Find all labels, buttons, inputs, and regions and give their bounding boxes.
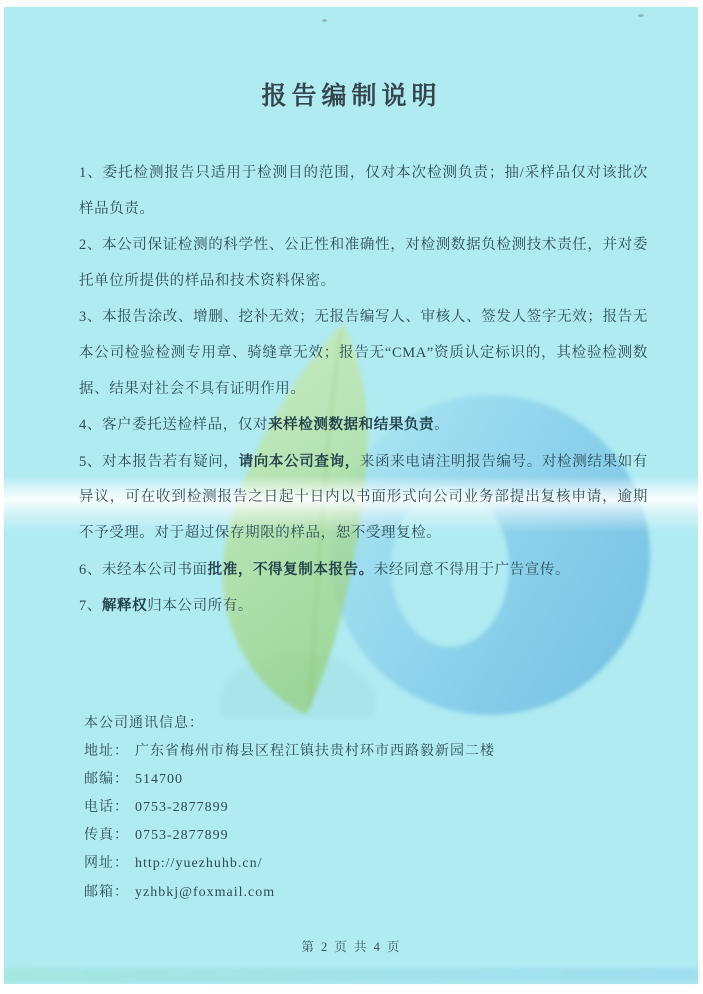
note-text: 2、本公司保证检测的科学性、公正性和准确性，对检测数据负检测技术责任，并对委托单… <box>79 237 648 289</box>
page-number: 第 2 页 共 4 页 <box>0 937 703 955</box>
note-item-1: 1、委托检测报告只适用于检测目的范围，仅对本次检测负责；抽/采样品仅对该批次样品… <box>79 156 648 227</box>
note-text: 7、 <box>79 598 102 614</box>
note-item-5: 5、对本报告若有疑问，请向本公司查询，来函来电请注明报告编号。对检测结果如有异议… <box>79 445 648 552</box>
contact-value: 514700 <box>135 772 183 787</box>
contact-value: 0753-2877899 <box>135 800 229 815</box>
note-item-4: 4、客户委托送检样品，仅对来样检测数据和结果负责。 <box>79 408 648 444</box>
contact-row-phone: 电话：0753-2877899 <box>84 794 495 822</box>
note-text: 5、对本报告若有疑问， <box>79 454 239 470</box>
contact-row-postcode: 邮编：514700 <box>84 766 495 794</box>
contact-label: 网址： <box>84 856 129 871</box>
contact-label: 电话： <box>84 800 129 815</box>
page-title: 报告编制说明 <box>0 76 703 112</box>
contact-label: 邮编： <box>84 772 129 787</box>
contact-label: 地址： <box>84 744 129 759</box>
note-text: 6、未经本公司书面 <box>79 562 208 578</box>
note-item-7: 7、解释权归本公司所有。 <box>79 589 648 625</box>
note-item-3: 3、本报告涂改、增删、挖补无效；无报告编写人、审核人、签发人签字无效；报告无本公… <box>79 300 648 407</box>
contact-label: 传真： <box>84 828 129 843</box>
note-item-2: 2、本公司保证检测的科学性、公正性和准确性，对检测数据负检测技术责任，并对委托单… <box>79 228 648 299</box>
contact-row-address: 地址：广东省梅州市梅县区程江镇扶贵村环市西路毅新园二楼 <box>84 738 495 766</box>
contact-value: 广东省梅州市梅县区程江镇扶贵村环市西路毅新园二楼 <box>135 744 495 759</box>
contact-value: http://yuezhuhb.cn/ <box>135 856 262 871</box>
note-text: 4、客户委托送检样品，仅对 <box>79 417 268 433</box>
contact-value: yzhbkj@foxmail.com <box>135 885 275 900</box>
note-text-bold: 解释权 <box>102 598 147 614</box>
note-text: 3、本报告涂改、增删、挖补无效；无报告编写人、审核人、签发人签字无效；报告无本公… <box>79 309 648 396</box>
note-item-6: 6、未经本公司书面批准，不得复制本报告。未经同意不得用于广告宣传。 <box>79 553 648 589</box>
contact-label: 邮箱： <box>84 885 129 900</box>
notes-section: 1、委托检测报告只适用于检测目的范围，仅对本次检测负责；抽/采样品仅对该批次样品… <box>79 156 648 626</box>
note-text: 1、委托检测报告只适用于检测目的范围，仅对本次检测负责；抽/采样品仅对该批次样品… <box>79 165 648 217</box>
note-text-bold: 来样检测数据和结果负责 <box>268 417 434 433</box>
contact-row-website: 网址：http://yuezhuhb.cn/ <box>84 850 495 878</box>
scan-bottom-streak <box>4 968 698 982</box>
note-text-bold: 请向本公司查询， <box>239 454 360 470</box>
scan-speck <box>638 14 644 17</box>
note-text: 未经同意不得用于广告宣传。 <box>374 562 570 578</box>
contact-heading: 本公司通讯信息： <box>84 710 495 738</box>
contact-section: 本公司通讯信息： 地址：广东省梅州市梅县区程江镇扶贵村环市西路毅新园二楼 邮编：… <box>84 710 495 907</box>
contact-row-fax: 传真：0753-2877899 <box>84 822 495 850</box>
note-text: 归本公司所有。 <box>147 598 253 614</box>
contact-row-email: 邮箱：yzhbkj@foxmail.com <box>84 879 495 907</box>
note-text: 。 <box>434 417 449 433</box>
note-text-bold: 批准，不得复制本报告。 <box>208 562 374 578</box>
contact-value: 0753-2877899 <box>135 828 229 843</box>
scan-speck <box>322 19 327 22</box>
